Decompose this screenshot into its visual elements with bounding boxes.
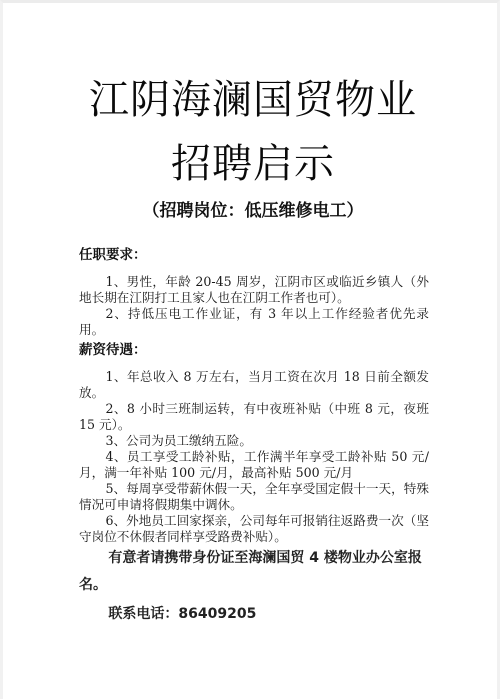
application-instruction: 有意者请携带身份证至海澜国贸 4 楼物业办公室报名。 <box>79 545 429 599</box>
phone-number: 86409205 <box>178 606 256 622</box>
salary-list: 1、年总收入 8 万左右，当月工资在次月 18 日前全额发放。 2、8 小时三班… <box>79 369 429 545</box>
subtitle-position: （招聘岗位：低压维修电工） <box>3 199 500 223</box>
contact-section: 有意者请携带身份证至海澜国贸 4 楼物业办公室报名。 联系电话：86409205 <box>79 545 429 639</box>
title-recruitment-notice: 招聘启示 <box>3 141 500 187</box>
salary-item: 1、年总收入 8 万左右，当月工资在次月 18 日前全额发放。 <box>79 369 429 401</box>
salary-item: 3、公司为员工缴纳五险。 <box>79 433 429 449</box>
salary-section: 薪资待遇： 1、年总收入 8 万左右，当月工资在次月 18 日前全额发放。 2、… <box>79 341 429 545</box>
salary-item: 5、每周享受带薪休假一天，全年享受国定假十一天，特殊情况可申请将假期集中调休。 <box>79 481 429 513</box>
requirement-item: 1、男性，年龄 20-45 周岁，江阴市区或临近乡镇人（外地长期在江阴打工且家人… <box>79 274 429 306</box>
salary-item: 2、8 小时三班制运转，有中夜班补贴（中班 8 元，夜班 15 元）。 <box>79 401 429 433</box>
contact-phone-line: 联系电话：86409205 <box>79 603 429 625</box>
document-page: 江阴海澜国贸物业 招聘启示 （招聘岗位：低压维修电工） 任职要求： 1、男性，年… <box>0 0 500 699</box>
requirement-item: 2、持低压电工作业证，有 3 年以上工作经验者优先录用。 <box>79 306 429 338</box>
salary-item: 4、员工享受工龄补贴，工作满半年享受工龄补贴 50 元/月，满一年补贴 100 … <box>79 449 429 481</box>
salary-heading: 薪资待遇： <box>79 341 429 359</box>
requirements-heading: 任职要求： <box>79 246 429 264</box>
title-company-name: 江阴海澜国贸物业 <box>3 77 500 123</box>
salary-item: 6、外地员工回家探亲，公司每年可报销往返路费一次（坚守岗位不休假者同样享受路费补… <box>79 513 429 545</box>
requirements-section: 任职要求： 1、男性，年龄 20-45 周岁，江阴市区或临近乡镇人（外地长期在江… <box>79 246 429 338</box>
phone-label: 联系电话： <box>108 606 178 622</box>
requirements-list: 1、男性，年龄 20-45 周岁，江阴市区或临近乡镇人（外地长期在江阴打工且家人… <box>79 274 429 338</box>
